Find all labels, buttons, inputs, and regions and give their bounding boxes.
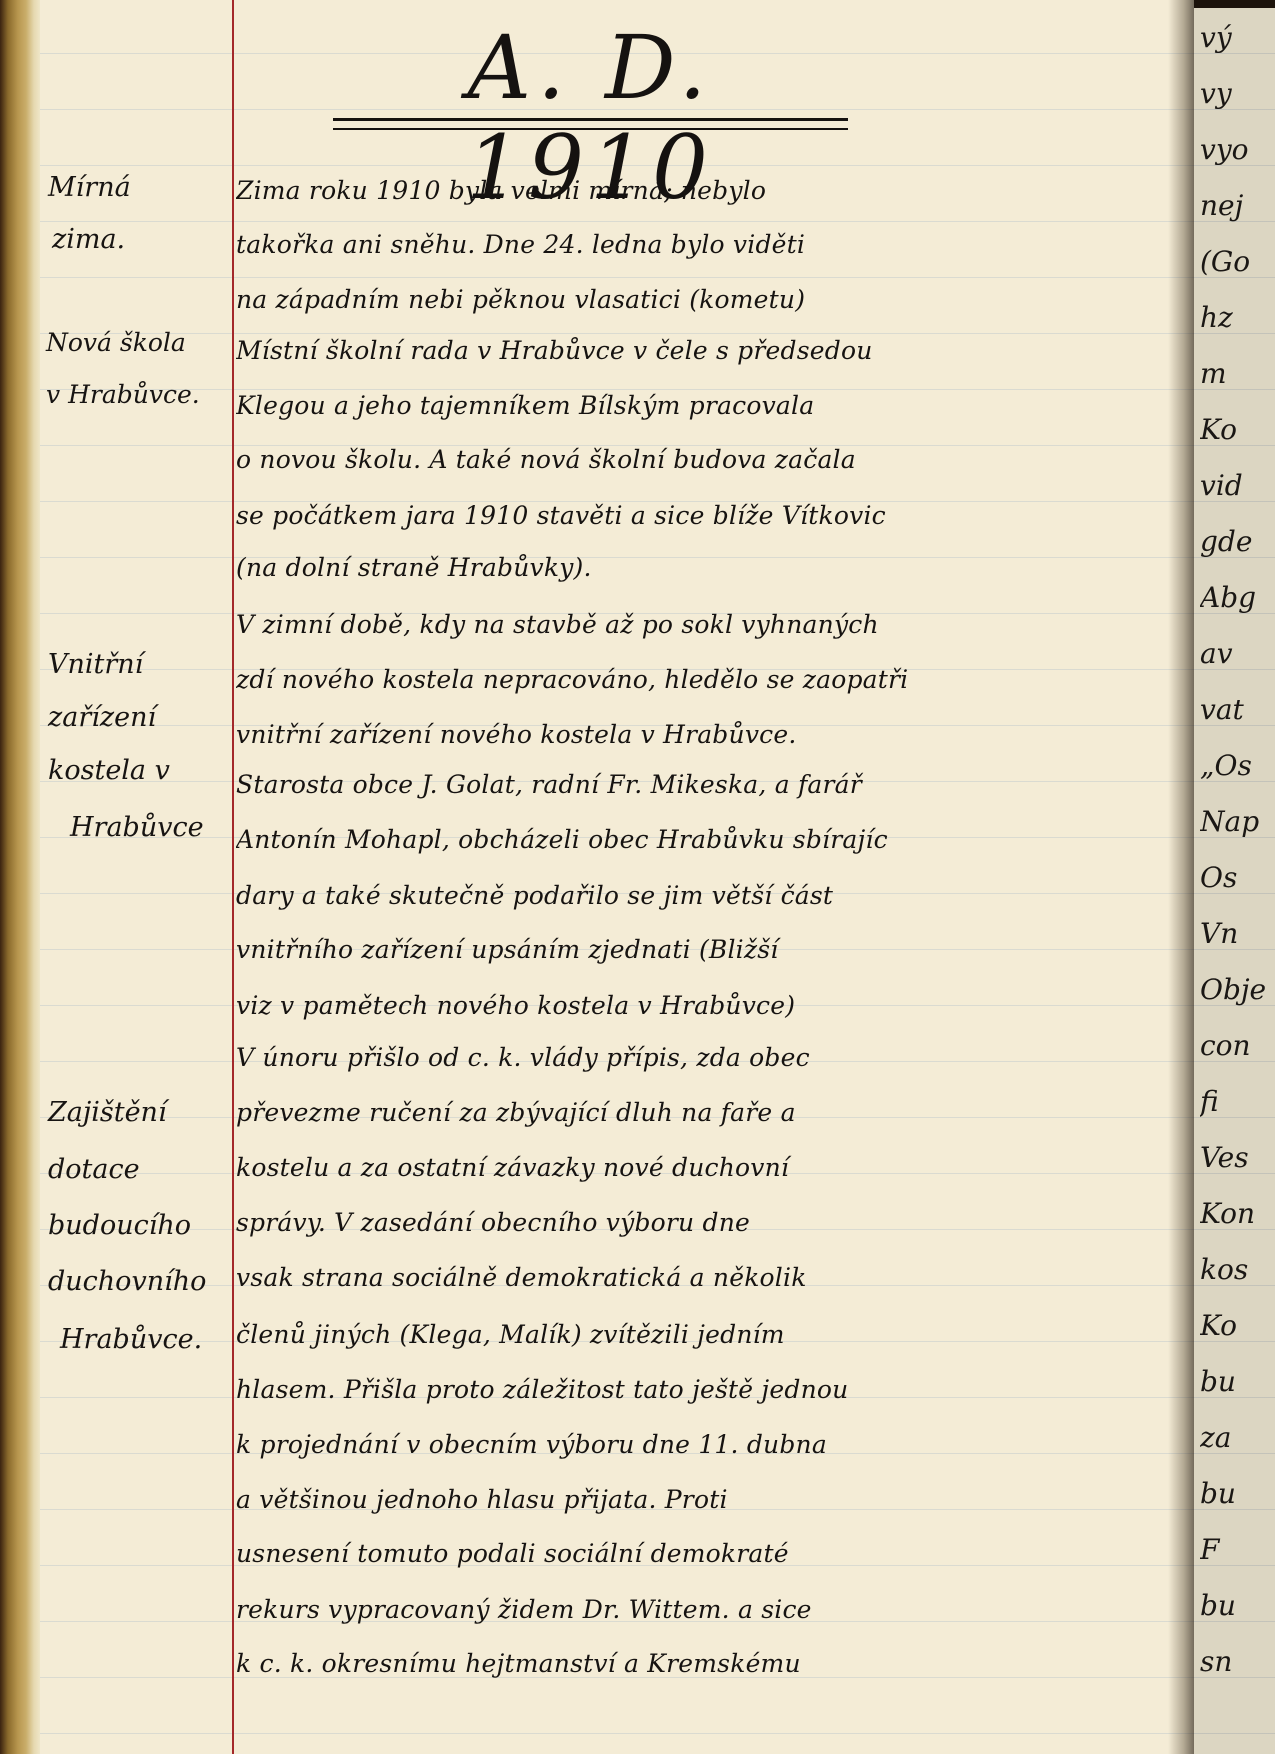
adjacent-page-text-fragment: Nap <box>1200 794 1275 850</box>
body-text-line: členů jiných (Klega, Malík) zvítězili je… <box>236 1307 1176 1363</box>
adjacent-page-text-fragment: av <box>1200 626 1275 682</box>
body-text-line: vsak strana sociálně demokratická a něko… <box>236 1250 1176 1306</box>
adjacent-page-text-fragment: vid <box>1200 458 1275 514</box>
body-text-line: správy. V zasedání obecního výboru dne <box>236 1195 1176 1251</box>
body-text-line: usnesení tomuto podali sociální demokrat… <box>236 1526 1176 1582</box>
body-text-line: se počátkem jara 1910 stavěti a sice blí… <box>236 488 1176 544</box>
margin-note-interior-3: kostela v <box>48 743 230 799</box>
adjacent-page-text-fragment: Vn <box>1200 906 1275 962</box>
adjacent-page-text-fragment: bu <box>1200 1354 1275 1410</box>
margin-note-interior-4: Hrabůvce <box>70 800 252 856</box>
body-text-line: vnitřního zařízení upsáním zjednati (Bli… <box>236 922 1176 978</box>
title-underline-double <box>333 128 848 130</box>
adjacent-page-text-fragment: Abg <box>1200 570 1275 626</box>
body-text-line: o novou školu. A také nová školní budova… <box>236 432 1176 488</box>
body-text-line: hlasem. Přišla proto záležitost tato ješ… <box>236 1362 1176 1418</box>
body-text-line: dary a také skutečně podařilo se jim vět… <box>236 868 1176 924</box>
body-text-line: vnitřní zařízení nového kostela v Hrabův… <box>236 707 1176 763</box>
body-text-line: převezme ručení za zbývající dluh na fař… <box>236 1085 1176 1141</box>
body-text-line: k c. k. okresnímu hejtmanství a Kremském… <box>236 1636 1176 1692</box>
adjacent-page-text-fragment: F <box>1200 1522 1275 1578</box>
margin-note-interior-2: zařízení <box>48 690 230 746</box>
adjacent-page-text-fragment: hz <box>1200 290 1275 346</box>
book-binding <box>0 0 40 1754</box>
adjacent-page-text-fragment: con <box>1200 1018 1275 1074</box>
adjacent-page-text-fragment: vat <box>1200 682 1275 738</box>
page-title: A. D. 1910 <box>330 18 850 128</box>
adjacent-page-text-fragment: bu <box>1200 1578 1275 1634</box>
body-text-line: Zima roku 1910 byla velmi mírná; nebylo <box>236 163 1176 219</box>
margin-note-new-school-2: v Hrabůvce. <box>46 367 228 423</box>
body-text-line: zdí nového kostela nepracováno, hledělo … <box>236 652 1176 708</box>
adjacent-page-text-fragment: Obje <box>1200 962 1275 1018</box>
adjacent-page: vývyvyonej(GohzmKovidgdeAbgavvat„OsNapOs… <box>1194 0 1275 1754</box>
body-text-line: viz v pamětech nového kostela v Hrabůvce… <box>236 978 1176 1034</box>
margin-note-mild-winter-2: zima. <box>52 212 234 268</box>
adjacent-page-text-fragment: Kon <box>1200 1186 1275 1242</box>
body-text-line: rekurs vypracovaný židem Dr. Wittem. a s… <box>236 1582 1176 1638</box>
margin-note-endowment-2: dotace <box>48 1142 230 1198</box>
body-text-line: (na dolní straně Hrabůvky). <box>236 540 1176 596</box>
body-text-line: V únoru přišlo od c. k. vlády přípis, zd… <box>236 1030 1176 1086</box>
margin-note-mild-winter-1: Mírná <box>48 160 230 216</box>
adjacent-page-text-fragment: Ko <box>1200 1298 1275 1354</box>
adjacent-page-text-fragment: bu <box>1200 1466 1275 1522</box>
body-text-line: Klegou a jeho tajemníkem Bílským pracova… <box>236 378 1176 434</box>
adjacent-page-text-fragment: Os <box>1200 850 1275 906</box>
margin-note-endowment-5: Hrabůvce. <box>60 1312 242 1368</box>
adjacent-page-text-fragment: m <box>1200 346 1275 402</box>
adjacent-page-text-fragment: „Os <box>1200 738 1275 794</box>
margin-note-interior-1: Vnitřní <box>48 637 230 693</box>
body-text-line: V zimní době, kdy na stavbě až po sokl v… <box>236 597 1176 653</box>
margin-note-endowment-1: Zajištění <box>48 1085 230 1141</box>
body-text-line: k projednání v obecním výboru dne 11. du… <box>236 1417 1176 1473</box>
body-text-line: takořka ani sněhu. Dne 24. ledna bylo vi… <box>236 217 1176 273</box>
adjacent-page-text-fragment: vyo <box>1200 122 1275 178</box>
adjacent-page-text-fragment: vy <box>1200 66 1275 122</box>
body-text-line: a většinou jednoho hlasu přijata. Proti <box>236 1472 1176 1528</box>
adjacent-page-text-fragment: Ko <box>1200 402 1275 458</box>
adjacent-page-text-fragment: vý <box>1200 10 1275 66</box>
book-top-edge <box>1194 0 1275 8</box>
adjacent-page-text-fragment: za <box>1200 1410 1275 1466</box>
body-text-line: na západním nebi pěknou vlasatici (komet… <box>236 272 1176 328</box>
margin-note-endowment-3: budoucího <box>48 1198 230 1254</box>
body-text-line: Antonín Mohapl, obcházeli obec Hrabůvku … <box>236 812 1176 868</box>
adjacent-page-text-fragment: (Go <box>1200 234 1275 290</box>
adjacent-page-text-fragment: gde <box>1200 514 1275 570</box>
margin-note-new-school-1: Nová škola <box>46 315 228 371</box>
margin-note-endowment-4: duchovního <box>48 1254 230 1310</box>
adjacent-page-text-fragment: nej <box>1200 178 1275 234</box>
adjacent-page-text-fragment: kos <box>1200 1242 1275 1298</box>
body-text-line: kostelu a za ostatní závazky nové duchov… <box>236 1140 1176 1196</box>
body-text-line: Starosta obce J. Golat, radní Fr. Mikesk… <box>236 757 1176 813</box>
adjacent-page-text-fragment: fi <box>1200 1074 1275 1130</box>
adjacent-page-text-fragment: sn <box>1200 1634 1275 1690</box>
title-underline <box>333 118 848 121</box>
adjacent-page-text-fragment: Ves <box>1200 1130 1275 1186</box>
body-text-line: Místní školní rada v Hrabůvce v čele s p… <box>236 323 1176 379</box>
